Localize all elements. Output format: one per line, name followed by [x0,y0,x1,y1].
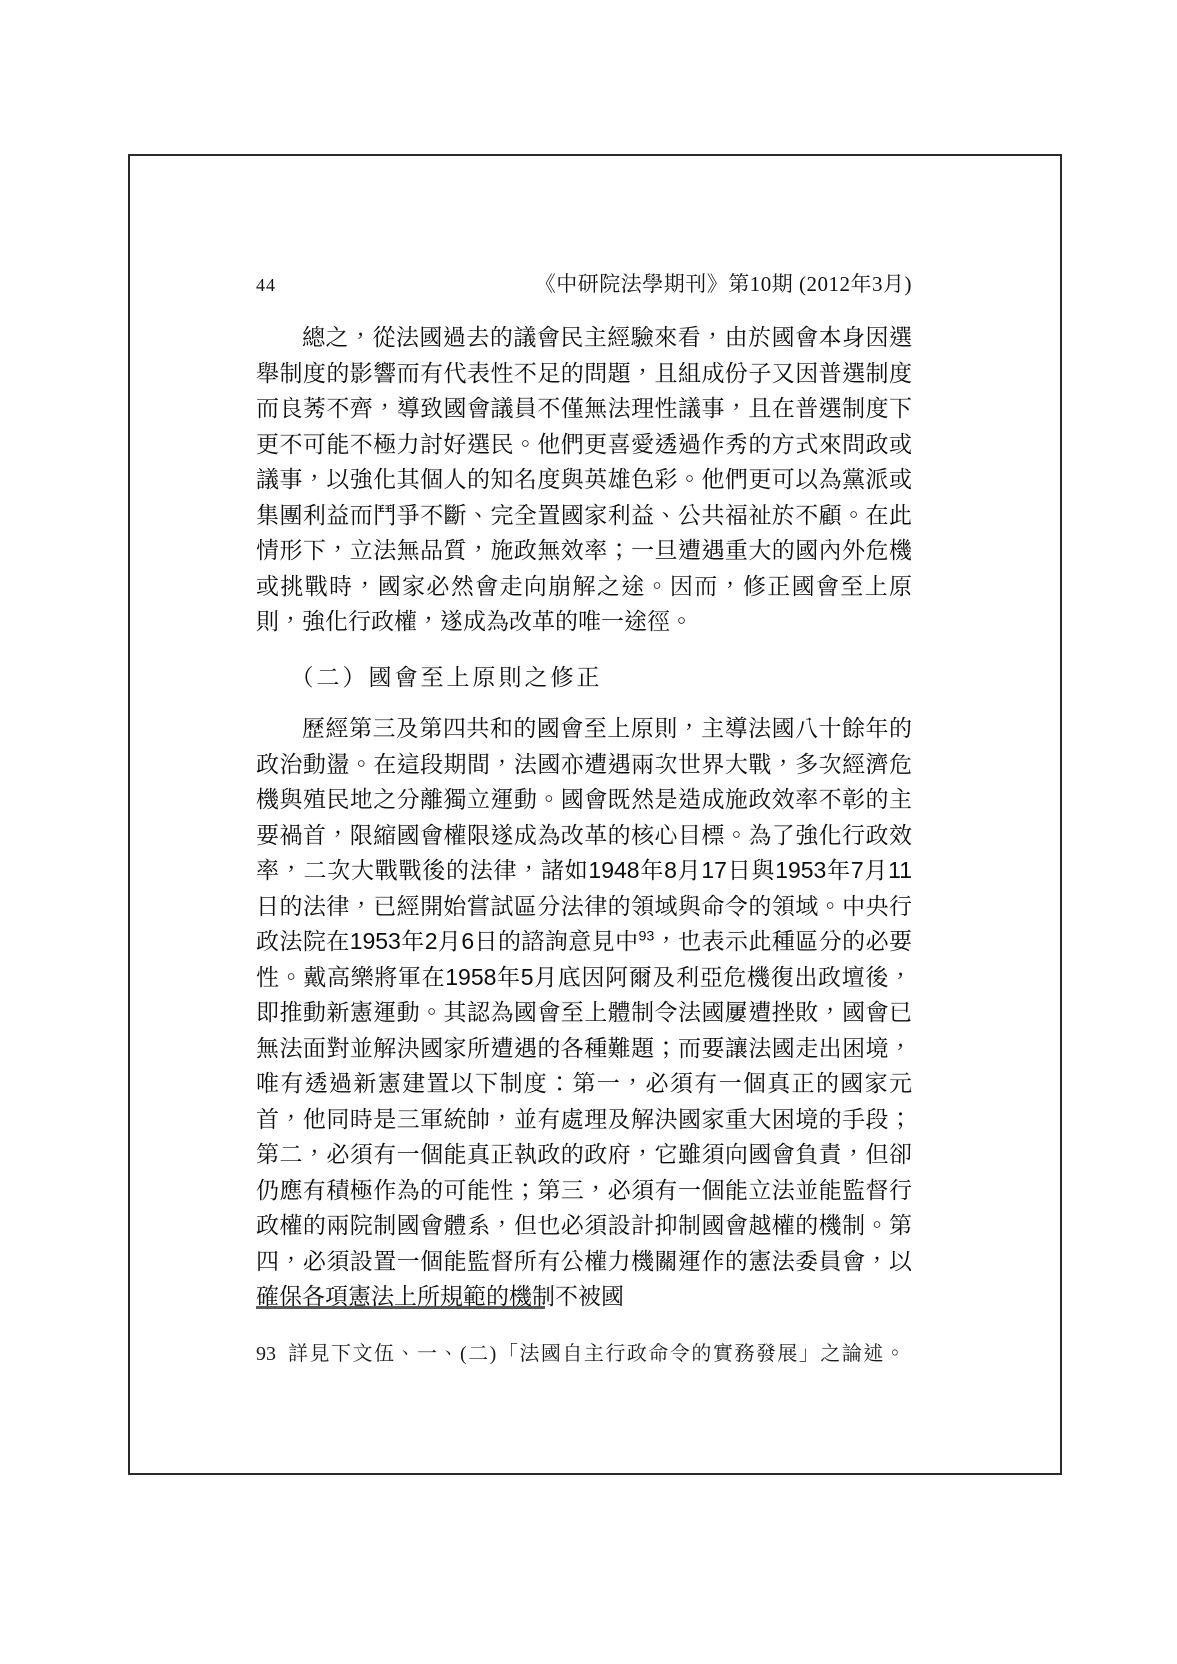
journal-citation: 《中研院法學期刊》第10期 (2012年3月) [535,268,912,298]
paragraph-2: 歷經第三及第四共和的國會至上原則，主導法國八十餘年的政治動盪。在這段期間，法國亦… [256,711,912,1315]
scanned-journal-page: { "page": { "number": "44", "journal_hea… [0,0,1177,1664]
footnote-separator-rule [256,1306,545,1309]
section-heading: （二）國會至上原則之修正 [256,660,912,696]
page-body: 總之，從法國過去的議會民主經驗來看，由於國會本身因選舉制度的影響而有代表性不足的… [256,320,912,1315]
footnote-area: 93詳見下文伍、一、(二)「法國自主行政命令的實務發展」之論述。 [256,1306,912,1369]
footnote-number: 93 [256,1343,276,1365]
footnote-text: 詳見下文伍、一、(二)「法國自主行政命令的實務發展」之論述。 [288,1343,906,1365]
footnote: 93詳見下文伍、一、(二)「法國自主行政命令的實務發展」之論述。 [256,1339,912,1369]
paragraph-1: 總之，從法國過去的議會民主經驗來看，由於國會本身因選舉制度的影響而有代表性不足的… [256,320,912,640]
running-header: 44 《中研院法學期刊》第10期 (2012年3月) [256,268,912,298]
page-number: 44 [256,275,276,296]
